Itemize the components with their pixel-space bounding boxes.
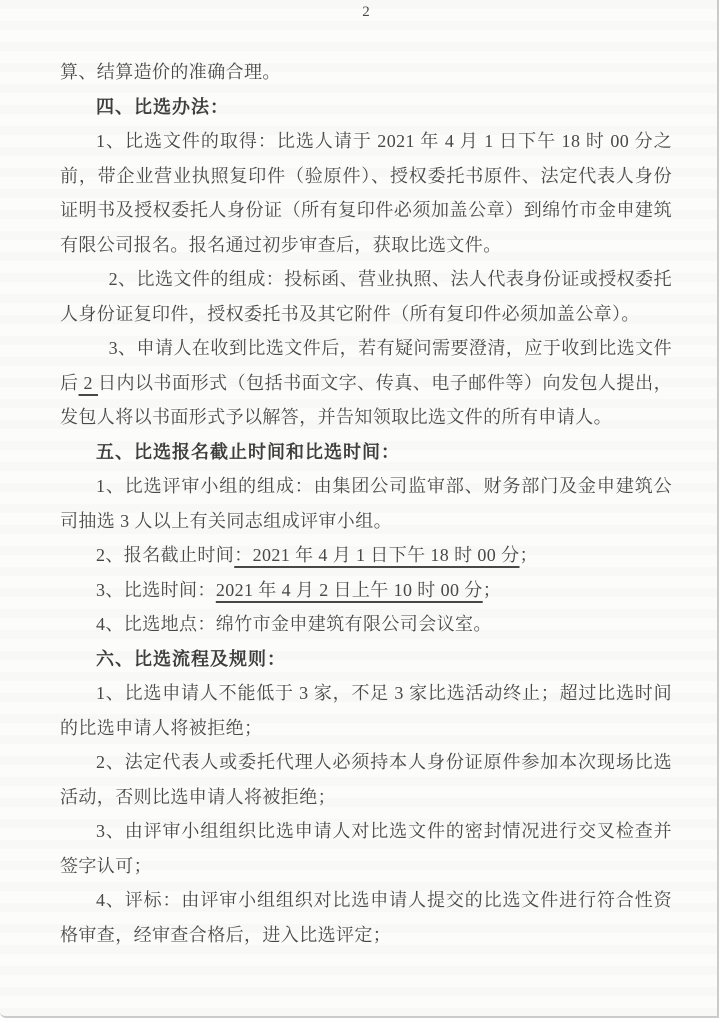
section6-item-3: 3、由评审小组组织比选申请人对比选文件的密封情况进行交叉检查并签字认可； xyxy=(60,814,672,883)
text-run: 3、比选时间： xyxy=(96,580,216,600)
text-run: 4、比选地点：绵竹市金申建筑有限公司会议室。 xyxy=(96,614,492,634)
section4-item-1: 1、比选文件的取得：比选人请于 2021 年 4 月 1 日下午 18 时 00… xyxy=(60,124,672,262)
section-heading-5: 五、比选报名截止时间和比选时间： xyxy=(60,435,672,470)
section6-item-4: 4、评标：由评审小组组织对比选申请人提交的比选文件进行符合性资格审查，经审查合格… xyxy=(60,883,672,952)
section6-item-2: 2、法定代表人或委托代理人必须持本人身份证原件参加本次现场比选活动，否则比选申请… xyxy=(60,745,672,814)
text-run: 四、比选办法： xyxy=(96,97,229,117)
section5-item-4: 4、比选地点：绵竹市金申建筑有限公司会议室。 xyxy=(60,607,672,642)
underlined-text: 2021 年 4 月 2 日上午 10 时 00 分 xyxy=(216,580,483,600)
section4-item-2: 2、比选文件的组成：投标函、营业执照、法人代表身份证或授权委托人身份证复印件，授… xyxy=(60,262,672,331)
text-run: 2、比选文件的组成：投标函、营业执照、法人代表身份证或授权委托人身份证复印件，授… xyxy=(60,269,672,324)
text-run: 六、比选流程及规则： xyxy=(96,649,286,669)
text-run: ； xyxy=(520,545,538,565)
text-run: 4、评标：由评审小组组织对比选申请人提交的比选文件进行符合性资格审查，经审查合格… xyxy=(60,890,672,945)
section-heading-4: 四、比选办法： xyxy=(60,90,672,125)
text-run: ； xyxy=(483,580,501,600)
text-run: 3、由评审小组组织比选申请人对比选文件的密封情况进行交叉检查并签字认可； xyxy=(60,821,672,876)
section6-item-1: 1、比选申请人不能低于 3 家，不足 3 家比选活动终止；超过比选时间的比选申请… xyxy=(60,676,672,745)
underlined-text: 2 xyxy=(79,373,98,393)
text-run: 日内以书面形式（包括书面文字、传真、电子邮件等）向发包人提出，发包人将以书面形式… xyxy=(60,373,672,428)
text-run: 算、结算造价的准确合理。 xyxy=(60,62,281,82)
text-run: 五、比选报名截止时间和比选时间： xyxy=(96,442,400,462)
text-run: 2、法定代表人或委托代理人必须持本人身份证原件参加本次现场比选活动，否则比选申请… xyxy=(60,752,672,807)
text-run: 1、比选评审小组的组成：由集团公司监审部、财务部门及金申建筑公司抽选 3 人以上… xyxy=(60,476,672,531)
text-run: 1、比选申请人不能低于 3 家，不足 3 家比选活动终止；超过比选时间的比选申请… xyxy=(60,683,672,738)
underlined-text: ：2021 年 4 月 1 日下午 18 时 00 分 xyxy=(234,545,519,565)
section5-item-2: 2、报名截止时间：2021 年 4 月 1 日下午 18 时 00 分； xyxy=(60,538,672,573)
section-heading-6: 六、比选流程及规则： xyxy=(60,642,672,677)
document-page: 算、结算造价的准确合理。四、比选办法：1、比选文件的取得：比选人请于 2021 … xyxy=(0,0,719,1018)
paragraph-continued-from-previous-page: 算、结算造价的准确合理。 xyxy=(60,55,672,90)
section4-item-3: 3、申请人在收到比选文件后，若有疑问需要澄清，应于收到比选文件后 2 日内以书面… xyxy=(60,331,672,435)
text-run: 1、比选文件的取得：比选人请于 2021 年 4 月 1 日下午 18 时 00… xyxy=(60,131,672,255)
document-body: 算、结算造价的准确合理。四、比选办法：1、比选文件的取得：比选人请于 2021 … xyxy=(0,0,724,952)
section5-item-1: 1、比选评审小组的组成：由集团公司监审部、财务部门及金申建筑公司抽选 3 人以上… xyxy=(60,469,672,538)
section5-item-3: 3、比选时间：2021 年 4 月 2 日上午 10 时 00 分； xyxy=(60,573,672,608)
text-run: 2、报名截止时间 xyxy=(96,545,234,565)
page-number: 2 xyxy=(60,4,672,21)
